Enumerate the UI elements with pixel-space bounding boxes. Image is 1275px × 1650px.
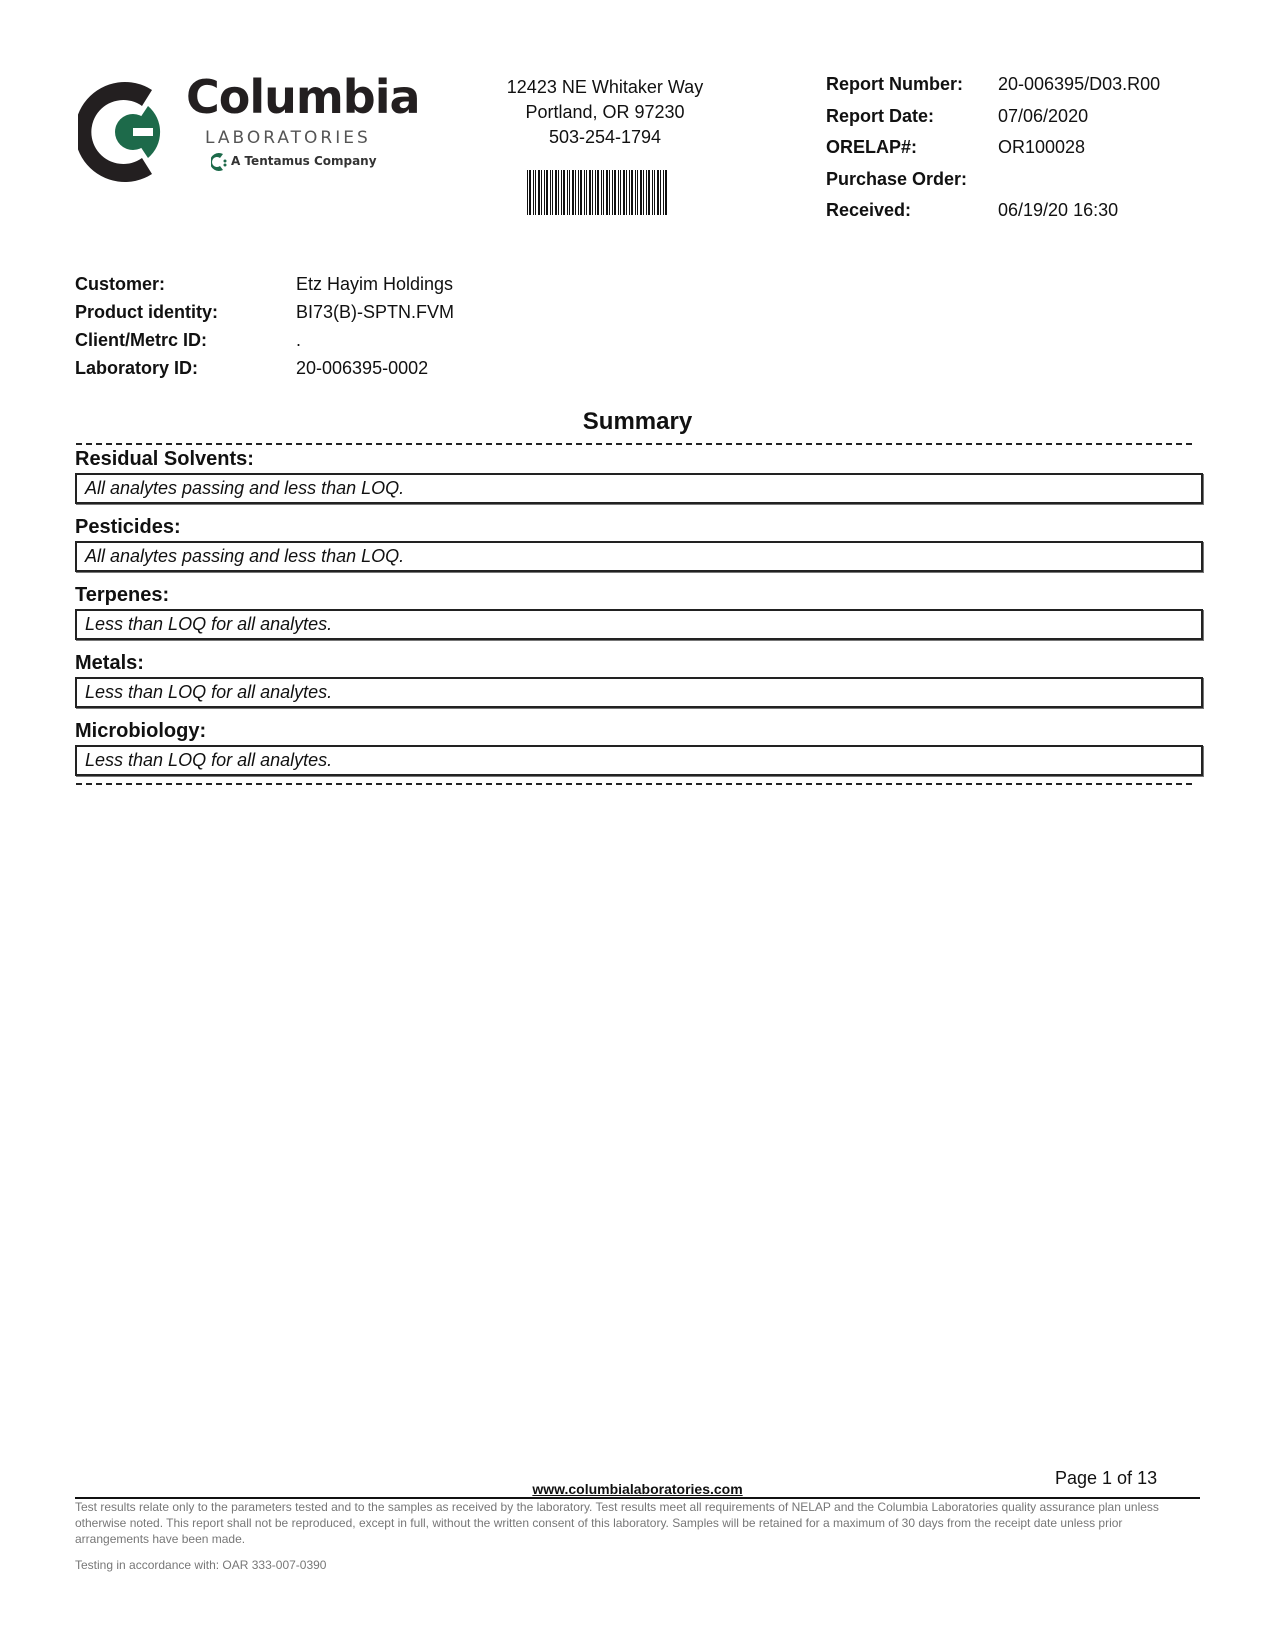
report-info-label: Received: <box>826 200 911 221</box>
tentamus-icon <box>211 152 229 172</box>
section-heading: Residual Solvents: <box>75 448 254 471</box>
section-heading: Microbiology: <box>75 720 206 743</box>
report-info-value: 20-006395/D03.R00 <box>998 74 1160 95</box>
customer-info-value: Etz Hayim Holdings <box>296 274 453 295</box>
compliance-note: Testing in accordance with: OAR 333-007-… <box>75 1558 326 1572</box>
summary-top-divider <box>76 443 1192 445</box>
section-result: Less than LOQ for all analytes. <box>85 750 332 771</box>
website-link[interactable]: www.columbialaboratories.com <box>0 1481 1275 1497</box>
report-info-label: Report Date: <box>826 106 934 127</box>
section-result: Less than LOQ for all analytes. <box>85 614 332 635</box>
address-phone: 503-254-1794 <box>470 125 740 150</box>
report-info-value: 07/06/2020 <box>998 106 1088 127</box>
section-result-box: Less than LOQ for all analytes. <box>75 609 1203 640</box>
report-info-label: ORELAP#: <box>826 137 917 158</box>
address-city: Portland, OR 97230 <box>470 100 740 125</box>
summary-bottom-divider <box>76 783 1192 785</box>
customer-info-value: 20-006395-0002 <box>296 358 428 379</box>
customer-info-label: Customer: <box>75 274 165 295</box>
logo-subtitle: LABORATORIES <box>205 128 371 148</box>
customer-info-label: Laboratory ID: <box>75 358 198 379</box>
section-heading: Pesticides: <box>75 516 181 539</box>
customer-info-value: BI73(B)-SPTN.FVM <box>296 302 454 323</box>
lab-address: 12423 NE Whitaker Way Portland, OR 97230… <box>470 75 740 150</box>
section-result-box: Less than LOQ for all analytes. <box>75 745 1203 776</box>
report-info-value: OR100028 <box>998 137 1085 158</box>
columbia-c-logo-icon <box>78 76 188 188</box>
customer-info-label: Product identity: <box>75 302 218 323</box>
report-info-label: Report Number: <box>826 74 963 95</box>
section-result-box: All analytes passing and less than LOQ. <box>75 473 1203 504</box>
section-result: Less than LOQ for all analytes. <box>85 682 332 703</box>
section-result: All analytes passing and less than LOQ. <box>85 478 404 499</box>
footer-disclaimer: Test results relate only to the paramete… <box>75 1499 1195 1547</box>
address-street: 12423 NE Whitaker Way <box>470 75 740 100</box>
section-heading: Metals: <box>75 652 144 675</box>
customer-info-label: Client/Metrc ID: <box>75 330 207 351</box>
company-logo: Columbia LABORATORIES A Tentamus Company <box>78 76 408 188</box>
section-result-box: Less than LOQ for all analytes. <box>75 677 1203 708</box>
logo-tagline: A Tentamus Company <box>231 154 377 168</box>
section-result: All analytes passing and less than LOQ. <box>85 546 404 567</box>
section-result-box: All analytes passing and less than LOQ. <box>75 541 1203 572</box>
section-heading: Terpenes: <box>75 584 169 607</box>
logo-wordmark: Columbia <box>186 70 420 124</box>
customer-info-value: . <box>296 330 301 351</box>
summary-title: Summary <box>0 408 1275 436</box>
report-info-label: Purchase Order: <box>826 169 967 190</box>
barcode-icon <box>527 170 669 215</box>
report-info-value: 06/19/20 16:30 <box>998 200 1118 221</box>
